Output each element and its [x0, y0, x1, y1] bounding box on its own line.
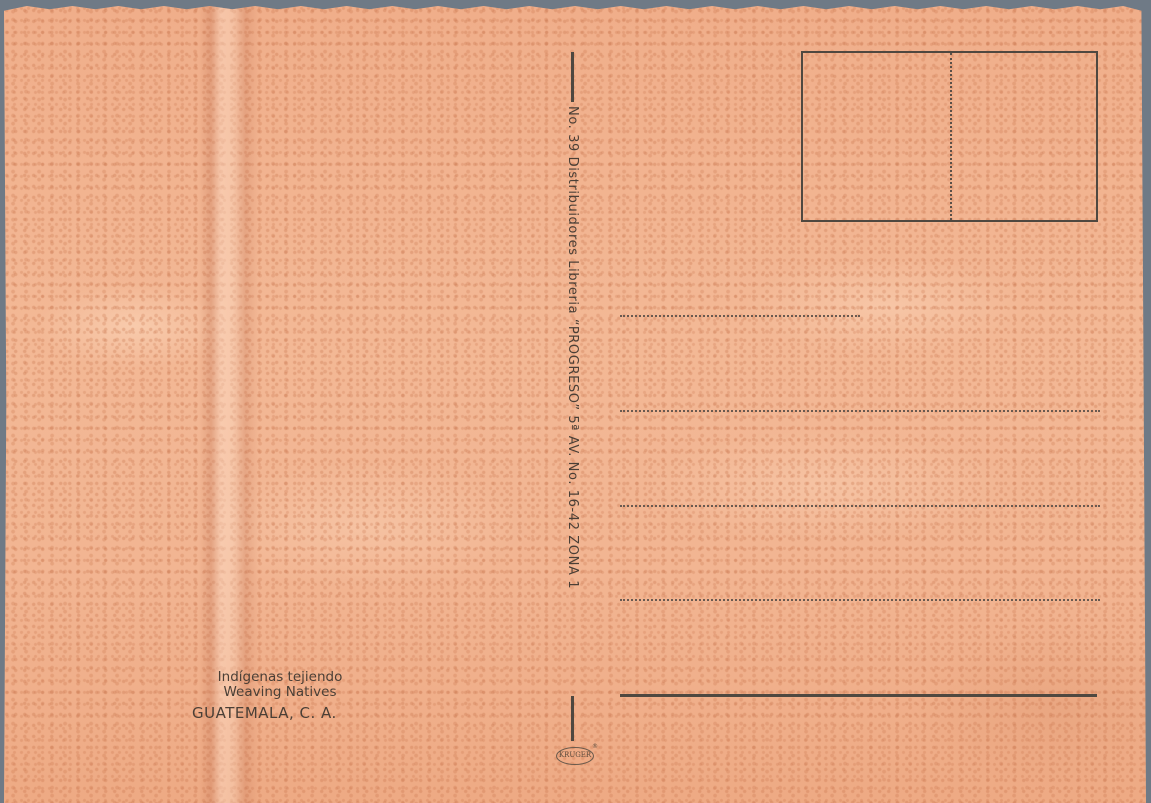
- kruger-logo: KRUGER: [556, 747, 594, 765]
- address-line-1: [620, 315, 860, 317]
- stamp-box: [801, 51, 1098, 222]
- stamp-box-divider: [950, 53, 952, 220]
- registered-mark: ®: [592, 743, 598, 750]
- publisher-text: No. 39 Distribuidores Libreria “PROGRESO…: [565, 106, 580, 696]
- center-divider-top: [571, 52, 574, 102]
- address-line-4: [620, 599, 1100, 601]
- caption-block: Indígenas tejiendo Weaving Natives GUATE…: [190, 670, 370, 721]
- address-line-3: [620, 505, 1100, 507]
- postcard-back: Indígenas tejiendo Weaving Natives GUATE…: [4, 6, 1146, 803]
- caption-spanish: Indígenas tejiendo: [190, 670, 370, 685]
- caption-english: Weaving Natives: [190, 685, 370, 700]
- caption-country: GUATEMALA, C. A.: [190, 706, 370, 721]
- center-divider-bottom: [571, 696, 574, 741]
- address-line-solid: [620, 694, 1097, 697]
- address-line-2: [620, 410, 1100, 412]
